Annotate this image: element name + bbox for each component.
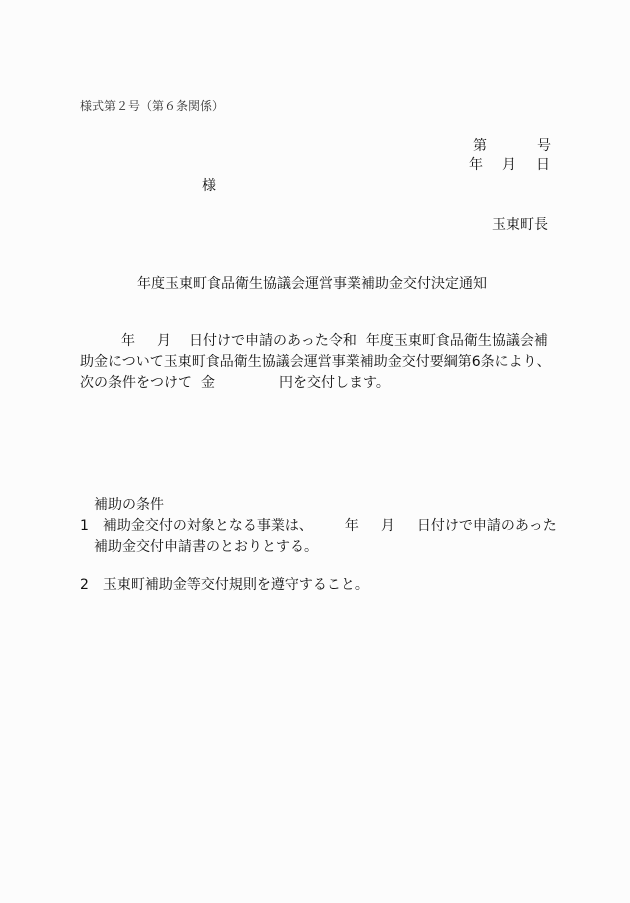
date-day-label: 日 (536, 155, 550, 175)
issuer-name: 玉東町長 (492, 215, 548, 235)
body-month: 月 (157, 333, 171, 349)
condition-item-2: 2玉東町補助金等交付規則を遵守すること。 (80, 575, 369, 595)
date-month-label: 月 (502, 155, 516, 175)
body-line-1: 年月日付けで申請のあった令和年度玉東町食品衛生協議会補 (121, 331, 548, 351)
doc-number-prefix: 第 (473, 136, 487, 156)
body-line3-tail: 円を交付します。 (279, 375, 390, 391)
condition-number: 1 (80, 518, 89, 534)
document-title: 年度玉東町食品衛生協議会運営事業補助金交付決定通知 (137, 274, 487, 294)
amount-label: 金 (201, 375, 215, 391)
conditions-heading: 補助の条件 (94, 495, 164, 515)
body-line-3: 次の条件をつけて金円を交付します。 (80, 373, 390, 393)
recipient-honorific: 様 (202, 176, 216, 196)
body-year: 年 (121, 333, 135, 349)
date-year-label: 年 (469, 155, 483, 175)
condition-1-head: 補助金交付の対象となる事業は、 (103, 518, 313, 534)
form-number: 様式第２号（第６条関係） (80, 97, 224, 114)
condition-2-text: 玉東町補助金等交付規則を遵守すること。 (103, 577, 369, 593)
body-line1-text: 日付けで申請のあった令和 (189, 333, 357, 349)
condition-1-month: 月 (381, 518, 395, 534)
condition-1-year: 年 (345, 518, 359, 534)
body-line1-tail: 年度玉東町食品衛生協議会補 (366, 333, 548, 349)
body-line-2: 助金について玉東町食品衛生協議会運営事業補助金交付要綱第6条により、 (80, 352, 551, 372)
condition-1-tail: 日付けで申請のあった (417, 518, 557, 534)
condition-item-1-continuation: 補助金交付申請書のとおりとする。 (94, 537, 318, 557)
body-line3-head: 次の条件をつけて (80, 375, 192, 391)
doc-number-suffix: 号 (537, 136, 551, 156)
condition-item-1: 1補助金交付の対象となる事業は、年月日付けで申請のあった (80, 516, 557, 536)
condition-number: 2 (80, 577, 89, 593)
